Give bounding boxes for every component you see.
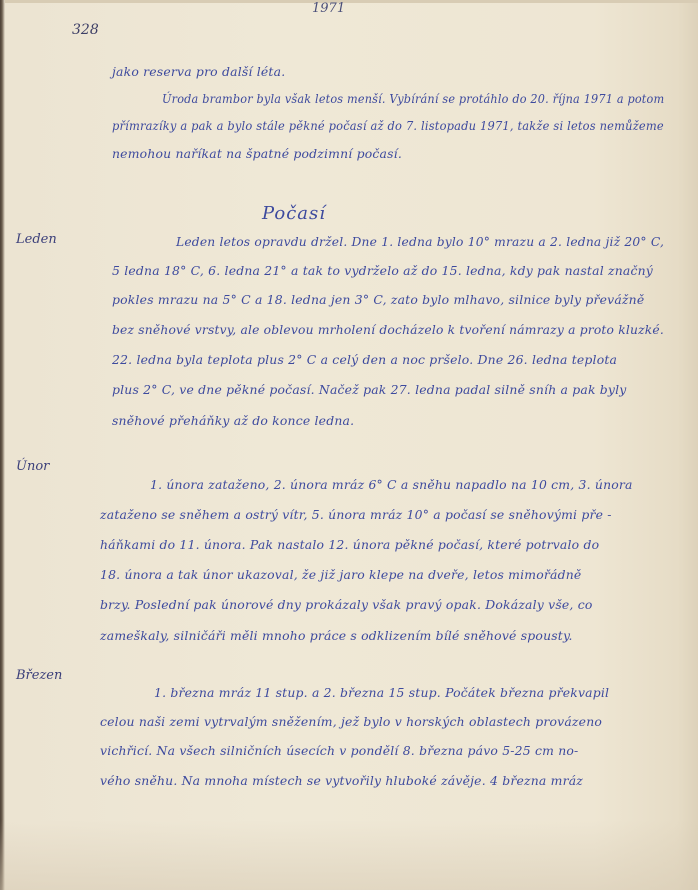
text-line: přímrazíky a pak a bylo stále pěkné poča… [112, 118, 664, 133]
text-line: 1. února zataženo, 2. února mráz 6° C a … [150, 477, 633, 492]
text-line: Úroda brambor byla však letos menší. Vyb… [162, 91, 664, 106]
text-line: zameškaly, silničáři měli mnoho práce s … [100, 628, 573, 643]
page-number: 328 [72, 22, 99, 38]
chronicle-page: 1971 328 jako reserva pro další léta. Úr… [0, 0, 698, 890]
text-line: 18. února a tak únor ukazoval, že již ja… [100, 567, 581, 582]
text-line: pokles mrazu na 5° C a 18. ledna jen 3° … [112, 292, 644, 307]
text-line: 5 ledna 18° C, 6. ledna 21° a tak to vyd… [112, 263, 653, 278]
text-line: brzy. Poslední pak únorové dny prokázaly… [100, 597, 593, 612]
margin-note-march: Březen [16, 668, 62, 683]
margin-note-january: Leden [16, 232, 57, 247]
section-heading-weather: Počasí [262, 203, 326, 224]
text-line: háňkami do 11. února. Pak nastalo 12. ún… [100, 537, 599, 552]
text-line: sněhové přeháňky až do konce ledna. [112, 413, 354, 428]
text-line: Leden letos opravdu držel. Dne 1. ledna … [176, 234, 664, 249]
text-line: celou naši zemi vytrvalým sněžením, jež … [100, 714, 602, 729]
page-top-edge [5, 0, 698, 3]
text-line: jako reserva pro další léta. [112, 64, 285, 79]
text-line: 22. ledna byla teplota plus 2° C a celý … [112, 352, 617, 367]
text-line: 1. března mráz 11 stup. a 2. března 15 s… [154, 685, 609, 700]
text-line: bez sněhové vrstvy, ale oblevou mrholení… [112, 322, 664, 337]
text-line: plus 2° C, ve dne pěkné počasí. Načež pa… [112, 382, 627, 397]
text-line: zataženo se sněhem a ostrý vítr, 5. únor… [100, 507, 612, 522]
text-line: nemohou naříkat na špatné podzimní počas… [112, 146, 402, 161]
page-year-header: 1971 [312, 1, 345, 16]
text-line: vichřicí. Na všech silničních úsecích v … [100, 743, 578, 758]
text-line: vého sněhu. Na mnoha místech se vytvořil… [100, 773, 583, 788]
margin-note-february: Únor [16, 459, 49, 474]
